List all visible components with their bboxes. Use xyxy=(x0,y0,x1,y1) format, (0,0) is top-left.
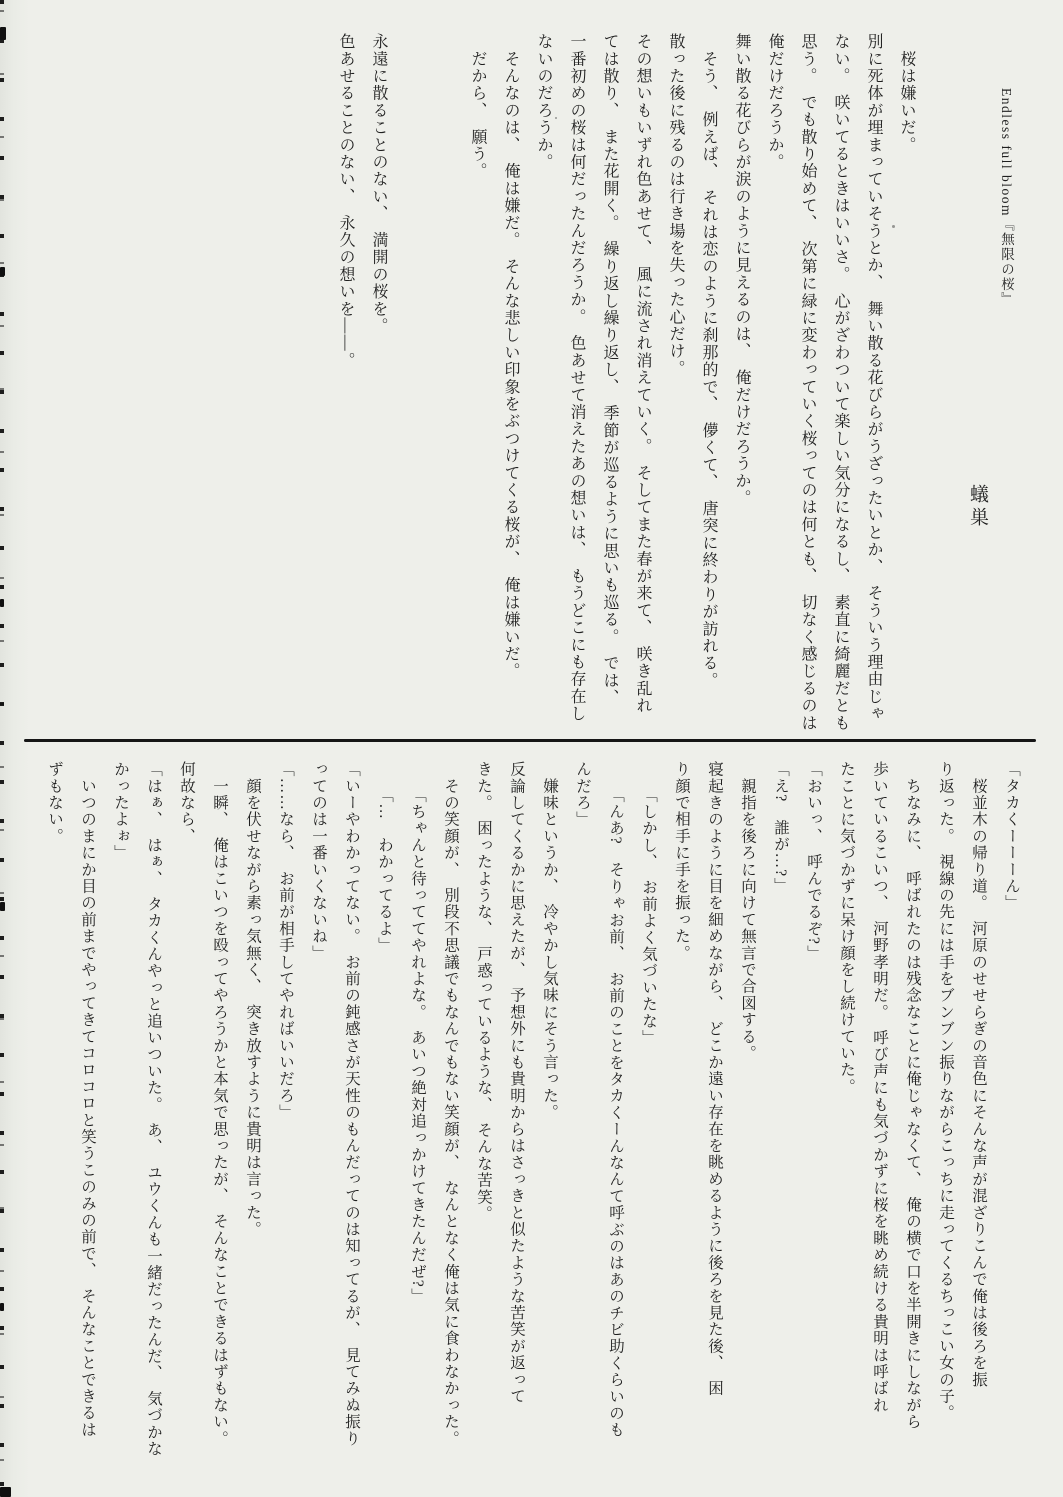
author-name: 蟻巣 xyxy=(962,484,992,530)
text-column: 一瞬、 俺はこいつを殴ってやろうかと本気で思ったが、 そんなことできるはずもない… xyxy=(203,761,236,1497)
text-column: んだろ」 xyxy=(566,761,599,1497)
text-column: 「… わかってるよ」 xyxy=(368,761,401,1497)
scan-speck-artifact xyxy=(0,1303,4,1311)
text-column: ずもない。 xyxy=(38,761,71,1497)
text-column: 「しかし、 お前よく気づいたな」 xyxy=(632,761,665,1497)
text-column: 「ちゃんと待っててやれよな。 あいつ絶対追っかけてきたんだぜ?」 xyxy=(401,761,434,1497)
page-title: Endless full bloom『無限の桜』 xyxy=(991,88,1021,307)
text-column: ては散り、 また花開く。 繰り返し繰り返し、 季節が巡るように思いも巡る。 では… xyxy=(593,33,626,745)
text-column: ちなみに、 呼ばれたのは残念なことに俺じゃなくて、 俺の横で口を半開きにしながら xyxy=(896,761,929,1497)
text-column: 「んあ? そりゃお前、 お前のことをタカくーんなんて呼ぶのはあのチビ助くらいのも xyxy=(599,761,632,1497)
scan-speck-artifact xyxy=(0,1487,11,1497)
text-column: そう、 例えば、 それは恋のように刹那的で、 儚くて、 唐突に終わりが訪れる。 xyxy=(692,33,725,745)
text-column: そんなのは、 俺は嫌だ。 そんな悲しい印象をぶつけてくる桜が、 俺は嫌いだ。 xyxy=(494,33,527,745)
text-column: 思う。 でも散り始めて、 次第に緑に変わっていく桜ってのは何とも、 切なく感じる… xyxy=(791,33,824,745)
text-column: 永遠に散ることのない、 満開の桜を。 xyxy=(362,33,395,745)
text-column xyxy=(428,33,461,745)
text-column: 色あせることのない、 永久の想いを――。 xyxy=(329,33,362,745)
text-column: 桜並木の帰り道。 河原のせせらぎの音色にそんな声が混ざりこんで俺は後ろを振 xyxy=(962,761,995,1497)
text-column: 散った後に残るのは行き場を失った心だけ。 xyxy=(659,33,692,745)
text-column: 「え? 誰が…?」 xyxy=(764,761,797,1497)
story-text-columns: 「タカくーーーん」 桜並木の帰り道。 河原のせせらぎの音色にそんな声が混ざりこん… xyxy=(38,761,1028,1497)
text-column: 「タカくーーーん」 xyxy=(995,761,1028,1497)
text-column: 舞い散る花びらが涙のように見えるのは、 俺だけだろうか。 xyxy=(725,33,758,745)
text-column: かったよぉ」 xyxy=(104,761,137,1497)
text-column: 「おいっ、 呼んでるぞ?」 xyxy=(797,761,830,1497)
scanned-novel-page: Endless full bloom『無限の桜』 蟻巣 桜は嫌いだ。別に死体が埋… xyxy=(0,0,1063,1497)
scan-speck-artifact xyxy=(0,902,5,911)
section-divider xyxy=(24,739,1036,742)
text-column: 「はぁ、 はぁ、 タカくんやっと追いついた。 あ、 ユウくんも一緒だったんだ、 … xyxy=(137,761,170,1497)
text-column: り返った。 視線の先には手をブンブン振りながらこっちに走ってくるちっこい女の子。 xyxy=(929,761,962,1497)
scan-speck-artifact xyxy=(0,267,5,276)
text-column: 親指を後ろに向けて無言で合図する。 xyxy=(731,761,764,1497)
text-column: 「いーやわかってない。 お前の鈍感さが天性のもんだってのは知ってるが、 見てみぬ… xyxy=(335,761,368,1497)
text-column: その想いもいずれ色あせて、 風に流され消えていく。 そしてまた春が来て、 咲き乱… xyxy=(626,33,659,745)
text-column: 歩いているこいつ、 河野孝明だ。 呼び声にも気づかずに桜を眺め続ける貴明は呼ばれ xyxy=(863,761,896,1497)
text-column: 何故なら、 xyxy=(170,761,203,1497)
text-column: 一番初めの桜は何だったんだろうか。 色あせて消えたあの想いは、 もうどこにも存在… xyxy=(560,33,593,745)
text-column: きた。 困ったような、 戸惑っているような、 そんな苦笑。 xyxy=(467,761,500,1497)
text-column: だから、 願う。 xyxy=(461,33,494,745)
intro-text-columns: 桜は嫌いだ。別に死体が埋まっていそうとか、 舞い散る花びらがうざったいとか、 そ… xyxy=(329,33,923,745)
text-column: ってのは一番いくないね」 xyxy=(302,761,335,1497)
text-column: 寝起きのように目を細めながら、 どこか遠い存在を眺めるように後ろを見た後、 困 xyxy=(698,761,731,1497)
scan-speck-artifact xyxy=(0,27,6,40)
text-column: 嫌味というか、 冷やかし気味にそう言った。 xyxy=(533,761,566,1497)
text-column: ないのだろうか。 xyxy=(527,33,560,745)
text-column: 「……なら、 お前が相手してやればいいだろ」 xyxy=(269,761,302,1497)
text-column: り顔で相手に手を振った。 xyxy=(665,761,698,1497)
text-column: 俺だけだろうか。 xyxy=(758,33,791,745)
text-column: 桜は嫌いだ。 xyxy=(890,33,923,745)
text-column: その笑顔が、 別段不思議でもなんでもない笑顔が、 なんとなく俺は気に食わなかった… xyxy=(434,761,467,1497)
scan-edge-artifact xyxy=(0,0,4,1497)
text-column: 反論してくるかに思えたが、 予想外にも貴明からはさっきと似たような苦笑が返って xyxy=(500,761,533,1497)
text-column: 顔を伏せながら素っ気無く、 突き放すように貴明は言った。 xyxy=(236,761,269,1497)
text-column: ない。 咲いてるときはいいさ。 心がざわついて楽しい気分になるし、 素直に綺麗だ… xyxy=(824,33,857,745)
text-column xyxy=(395,33,428,745)
text-column: 別に死体が埋まっていそうとか、 舞い散る花びらがうざったいとか、 そういう理由じ… xyxy=(857,33,890,745)
text-column: いつのまにか目の前までやってきてコロコロと笑うこのみの前で、 そんなことできるは xyxy=(71,761,104,1497)
text-column: たことに気づかずに呆け顔をし続けていた。 xyxy=(830,761,863,1497)
scan-speck-artifact xyxy=(0,599,4,607)
